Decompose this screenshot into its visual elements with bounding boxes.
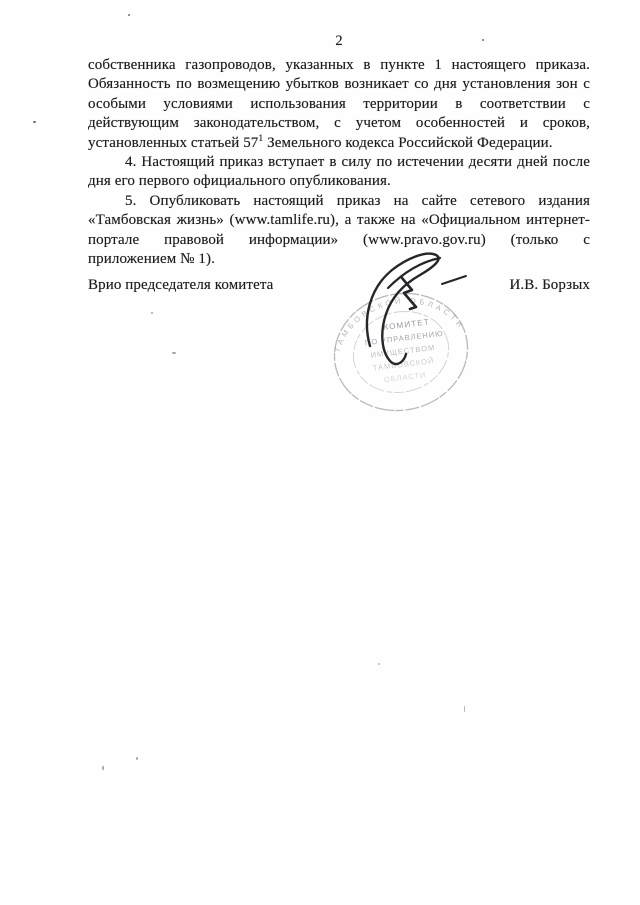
body-line: «Тамбовская жизнь» (www.tamlife.ru), а т… xyxy=(88,211,590,230)
statute-ref-tail: Земельного кодекса Российской Федерации. xyxy=(263,135,552,151)
body-line: Обязанность по возмещению убытков возник… xyxy=(88,75,590,94)
scan-speck xyxy=(102,766,104,770)
stamp-line-1: КОМИТЕТ xyxy=(383,317,430,332)
scan-speck xyxy=(128,14,130,16)
stamp-center-text: КОМИТЕТ ПО УПРАВЛЕНИЮ ИМУЩЕСТВОМ ТАМБОВС… xyxy=(363,316,449,386)
scan-speck xyxy=(378,663,380,665)
body-line: портале правовой информации» (www.pravo.… xyxy=(88,231,590,250)
scan-speck xyxy=(33,121,36,123)
stamp-and-signature-area: ТАМБОВСКОЙ ОБЛАСТИ КОМИТЕТ ПО УПРАВЛЕНИЮ… xyxy=(318,248,488,418)
body-line: 5. Опубликовать настоящий приказ на сайт… xyxy=(88,192,590,211)
scan-speck xyxy=(136,757,138,760)
stamp-line-5: ОБЛАСТИ xyxy=(383,370,426,384)
body-line-with-superscript: установленных статьей 571 Земельного код… xyxy=(88,134,590,153)
signer-position-title: Врио председателя комитета xyxy=(88,276,273,295)
body-line: 4. Настоящий приказ вступает в силу по и… xyxy=(88,153,590,172)
page-number: 2 xyxy=(88,33,590,50)
official-stamp: ТАМБОВСКОЙ ОБЛАСТИ КОМИТЕТ ПО УПРАВЛЕНИЮ… xyxy=(318,248,488,418)
body-line: действующим законодательством, с учетом … xyxy=(88,114,590,133)
scan-speck xyxy=(151,312,153,314)
signer-name: И.В. Борзых xyxy=(510,276,591,295)
statute-ref-text: установленных статьей 57 xyxy=(88,135,258,151)
document-page: 2 собственника газопроводов, указанных в… xyxy=(0,0,640,905)
body-line: особыми условиями использования территор… xyxy=(88,95,590,114)
scan-speck xyxy=(172,352,176,354)
scan-speck xyxy=(464,706,465,712)
scan-speck xyxy=(482,39,484,41)
body-line: собственника газопроводов, указанных в п… xyxy=(88,56,590,75)
body-line: дня его первого официального опубликован… xyxy=(88,172,590,191)
